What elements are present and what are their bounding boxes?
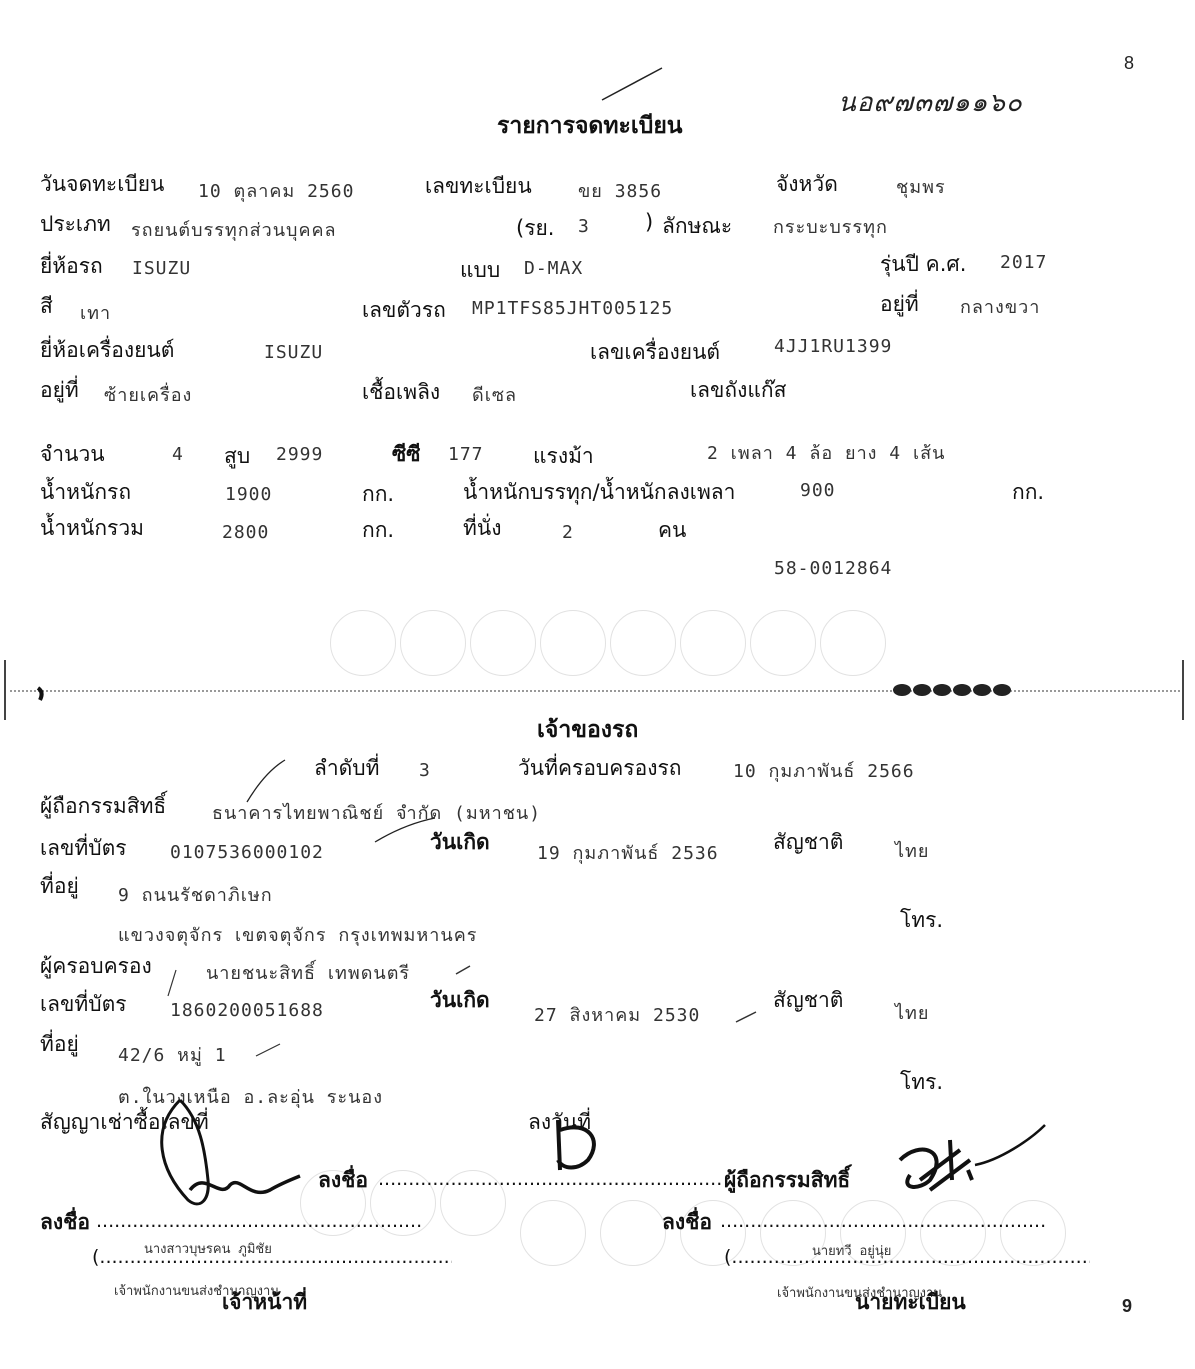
chassis-location-value: กลางขวา bbox=[960, 292, 1040, 321]
cylinders-unit: สูบ bbox=[224, 440, 250, 473]
possessor-address-line1: 42/6 หมู่ 1 bbox=[118, 1040, 227, 1069]
province-label: จังหวัด bbox=[776, 168, 838, 201]
load-weight-unit: กก. bbox=[1012, 476, 1044, 509]
holder-signature-icon bbox=[880, 1120, 1050, 1210]
officer-sign-line: ........................................… bbox=[96, 1210, 446, 1232]
handwritten-note: นอ๙๗๓๗๑๑๖๐ bbox=[838, 82, 1023, 123]
seats-label: ที่นั่ง bbox=[463, 512, 501, 545]
registration-date-value: 10 ตุลาคม 2560 bbox=[198, 176, 354, 205]
perforation-marks bbox=[0, 676, 1195, 706]
registrar-sign-label: ลงชื่อ bbox=[662, 1206, 712, 1239]
holder-id-value: 0107536000102 bbox=[170, 842, 324, 863]
cc-value: 2999 bbox=[276, 444, 323, 465]
model-year-value: 2017 bbox=[1000, 252, 1047, 273]
cc-label: ซีซี bbox=[392, 438, 421, 471]
vehicle-weight-unit: กก. bbox=[362, 478, 394, 511]
officer-sign-label: ลงชื่อ bbox=[40, 1206, 90, 1239]
chassis-location-label: อยู่ที่ bbox=[880, 288, 919, 321]
model-label: แบบ bbox=[460, 254, 500, 287]
holder-address-label: ที่อยู่ bbox=[40, 870, 79, 903]
possessor-address-label: ที่อยู่ bbox=[40, 1028, 79, 1061]
possessor-nationality-label: สัญชาติ bbox=[773, 984, 843, 1017]
holder-id-label: เลขที่บัตร bbox=[40, 832, 127, 865]
page-number-top: 8 bbox=[1124, 53, 1134, 74]
owner-title: เจ้าของรถ bbox=[537, 712, 638, 748]
registrar-role: นายทะเบียน bbox=[855, 1286, 966, 1319]
vehicle-weight-label: น้ำหนักรถ bbox=[40, 476, 131, 509]
seats-value: 2 bbox=[562, 522, 574, 543]
engine-number-value: 4JJ1RU1399 bbox=[774, 336, 892, 357]
check-mark-icon bbox=[600, 64, 670, 104]
officer-name-line: (.......................................… bbox=[92, 1246, 452, 1268]
holder-nationality-value: ไทย bbox=[895, 836, 929, 865]
registration-title: รายการจดทะเบียน bbox=[497, 108, 683, 144]
plate-number-value: ขย 3856 bbox=[578, 176, 662, 205]
engine-brand-label: ยี่ห้อเครื่องยนต์ bbox=[40, 334, 174, 367]
engine-location-value: ซ้ายเครื่อง bbox=[104, 380, 192, 409]
possessor-id-label: เลขที่บัตร bbox=[40, 988, 127, 1021]
color-value: เทา bbox=[80, 298, 111, 327]
load-weight-value: 900 bbox=[800, 480, 836, 501]
registration-date-label: วันจดทะเบียน bbox=[40, 168, 164, 201]
watermark-pattern bbox=[0, 600, 1195, 660]
holder-nationality-label: สัญชาติ bbox=[773, 826, 843, 859]
holder-sign-label: ลงชื่อ bbox=[318, 1164, 368, 1197]
type-label: ประเภท bbox=[40, 208, 111, 241]
horsepower-label: แรงม้า bbox=[533, 440, 594, 473]
color-label: สี bbox=[40, 290, 53, 323]
model-year-label: รุ่นปี ค.ศ. bbox=[880, 248, 966, 281]
page-number-bottom: 9 bbox=[1122, 1296, 1132, 1317]
cylinders-value: 4 bbox=[172, 444, 184, 465]
possessor-nationality-value: ไทย bbox=[895, 998, 929, 1027]
load-weight-label: น้ำหนักบรรทุก/น้ำหนักลงเพลา bbox=[463, 476, 735, 509]
holder-sign-line: ........................................… bbox=[378, 1168, 723, 1190]
registrar-name-line: (.......................................… bbox=[724, 1246, 1090, 1268]
brand-value: ISUZU bbox=[132, 258, 191, 279]
ry-value: 3 bbox=[578, 216, 590, 237]
horsepower-value: 177 bbox=[448, 444, 484, 465]
vehicle-weight-value: 1900 bbox=[225, 484, 272, 505]
possessor-label: ผู้ครอบครอง bbox=[40, 950, 152, 983]
chassis-number-label: เลขตัวรถ bbox=[362, 294, 446, 327]
characteristic-value: กระบะบรรทุก bbox=[773, 212, 888, 241]
engine-number-label: เลขเครื่องยนต์ bbox=[590, 336, 720, 369]
total-weight-value: 2800 bbox=[222, 522, 269, 543]
ry-close: ) bbox=[645, 210, 653, 234]
seats-unit: คน bbox=[658, 514, 686, 547]
plate-number-label: เลขทะเบียน bbox=[425, 170, 532, 203]
province-value: ชุมพร bbox=[896, 172, 946, 201]
holder-sign-role: ผู้ถือกรรมสิทธิ์ bbox=[724, 1164, 850, 1197]
holder-dob-value: 19 กุมภาพันธ์ 2536 bbox=[537, 838, 719, 867]
holder-phone-label: โทร. bbox=[900, 904, 943, 937]
holder-label: ผู้ถือกรรมสิทธิ์ bbox=[40, 790, 166, 823]
engine-brand-value: ISUZU bbox=[264, 342, 323, 363]
possession-date-label: วันที่ครอบครองรถ bbox=[518, 752, 681, 785]
check-mark-icon bbox=[160, 960, 780, 1060]
engine-location-label: อยู่ที่ bbox=[40, 374, 79, 407]
possession-date-value: 10 กุมภาพันธ์ 2566 bbox=[733, 756, 915, 785]
chassis-number-value: MP1TFS85JHT005125 bbox=[472, 298, 673, 319]
ry-label: (รย. bbox=[516, 212, 554, 245]
holder-address-line1: 9 ถนนรัชดาภิเษก bbox=[118, 880, 273, 909]
officer-role: เจ้าหน้าที่ bbox=[222, 1286, 307, 1319]
gas-tank-label: เลขถังแก๊ส bbox=[690, 374, 786, 407]
brand-label: ยี่ห้อรถ bbox=[40, 250, 103, 283]
cylinders-label: จำนวน bbox=[40, 438, 105, 471]
total-weight-unit: กก. bbox=[362, 514, 394, 547]
type-value: รถยนต์บรรทุกส่วนบุคคล bbox=[131, 215, 337, 244]
total-weight-label: น้ำหนักรวม bbox=[40, 512, 144, 545]
possessor-phone-label: โทร. bbox=[900, 1066, 943, 1099]
characteristic-label: ลักษณะ bbox=[662, 210, 732, 243]
axles-wheels-value: 2 เพลา 4 ล้อ ยาง 4 เส้น bbox=[707, 438, 945, 467]
fuel-label: เชื้อเพลิง bbox=[362, 376, 440, 409]
holder-dob-label: วันเกิด bbox=[430, 826, 490, 859]
model-value: D-MAX bbox=[524, 258, 583, 279]
holder-address-line2: แขวงจตุจักร เขตจตุจักร กรุงเทพมหานคร bbox=[118, 920, 477, 949]
signature-scribble-icon bbox=[150, 1090, 330, 1220]
registrar-sign-line: ........................................… bbox=[720, 1210, 1085, 1232]
fuel-value: ดีเซล bbox=[472, 380, 517, 409]
document-number: 58-0012864 bbox=[774, 558, 892, 579]
